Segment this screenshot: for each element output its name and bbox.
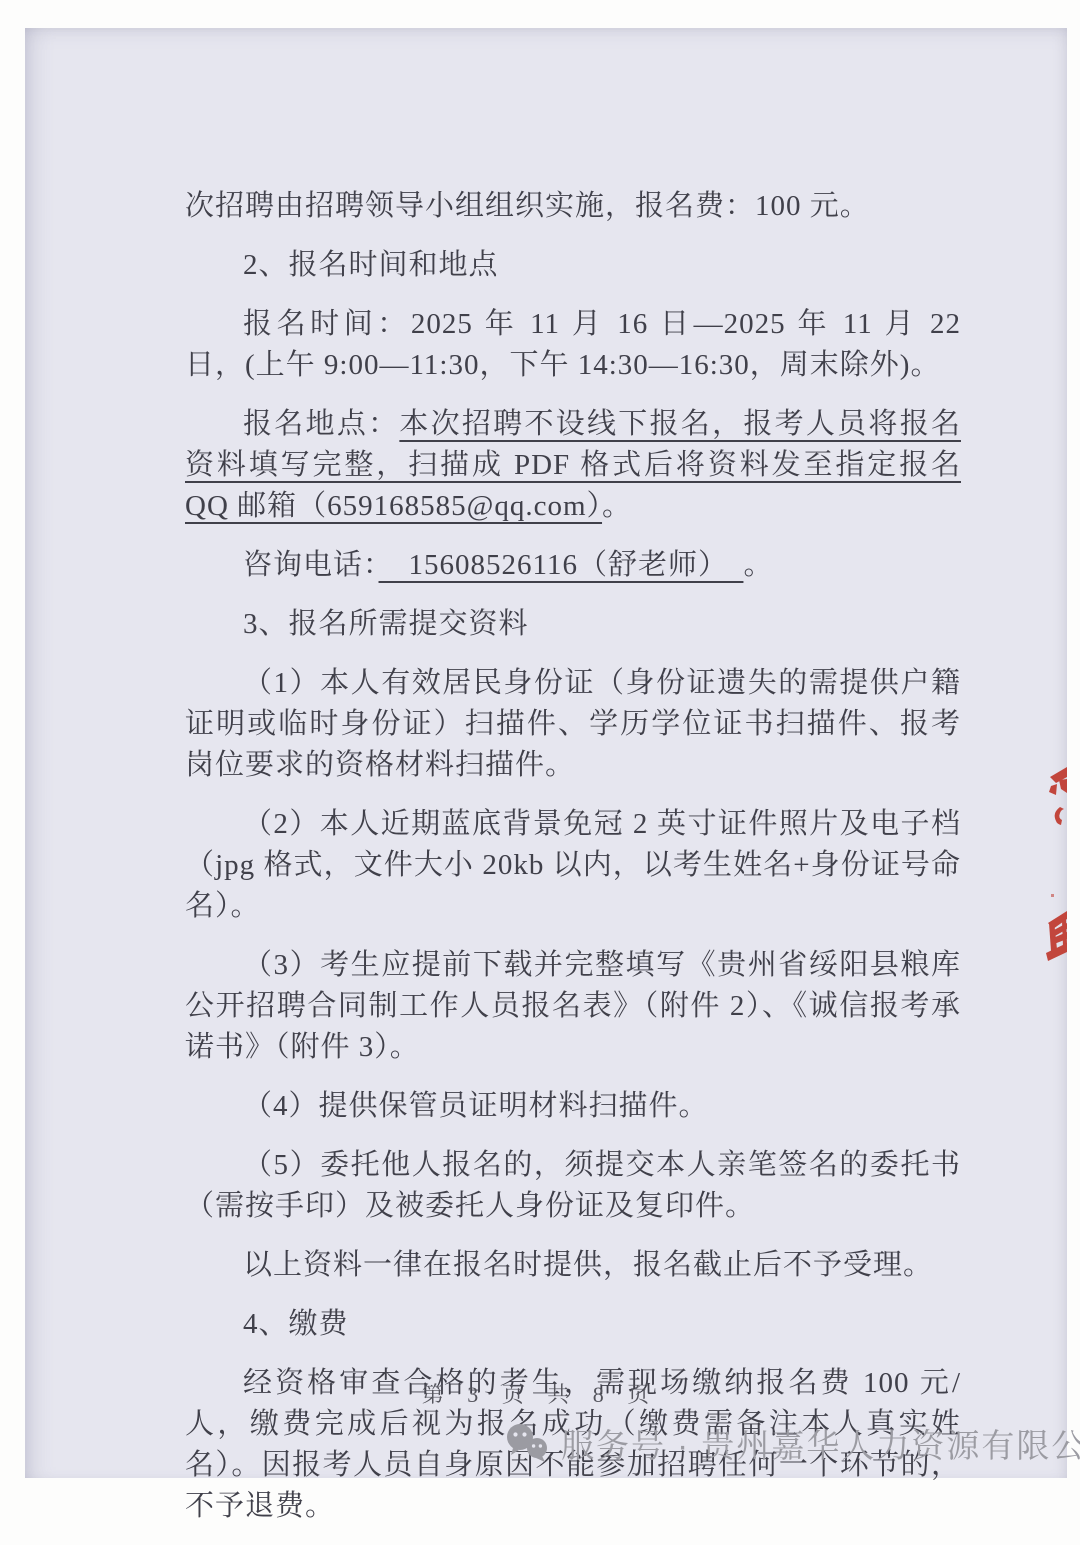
text-segment: （5）委托他人报名的，须提交本人亲笔签名的委托书（需按手印）及被委托人身份证及复… xyxy=(185,1149,961,1222)
doc-paragraph: （1）本人有效居民身份证（身份证遗失的需提供户籍证明或临时身份证）扫描件、学历学… xyxy=(185,663,961,786)
doc-paragraph: （4）提供保管员证明材料扫描件。 xyxy=(185,1086,961,1127)
doc-paragraph: 3、报名所需提交资料 xyxy=(185,604,961,645)
paper-sheet: 次招聘由招聘领导小组组织实施，报名费：100 元。2、报名时间和地点报名时间：2… xyxy=(25,28,1067,1478)
doc-paragraph: （5）委托他人报名的，须提交本人亲笔签名的委托书（需按手印）及被委托人身份证及复… xyxy=(185,1145,961,1227)
doc-paragraph: 次招聘由招聘领导小组组织实施，报名费：100 元。 xyxy=(185,186,961,227)
doc-paragraph: 咨询电话： 15608526116（舒老师） 。 xyxy=(185,545,961,586)
text-segment: 。 xyxy=(602,490,632,522)
underlined-text: 15608526116（舒老师） xyxy=(379,549,744,581)
doc-paragraph: 4、缴费 xyxy=(185,1304,961,1345)
scanned-document: 次招聘由招聘领导小组组织实施，报名费：100 元。2、报名时间和地点报名时间：2… xyxy=(0,0,1080,1486)
wechat-icon xyxy=(505,1423,551,1465)
document-text-block: 次招聘由招聘领导小组组织实施，报名费：100 元。2、报名时间和地点报名时间：2… xyxy=(185,186,961,1486)
text-segment: （3）考生应提前下载并完整填写《贵州省绥阳县粮库公开招聘合同制工作人员报名表》（… xyxy=(185,949,961,1063)
text-segment: 报名时间：2025 年 11 月 16 日—2025 年 11 月 22 日，(… xyxy=(185,308,961,381)
text-segment: 次招聘由招聘领导小组组织实施，报名费：100 元。 xyxy=(185,190,870,222)
page-number: 第 3 页 共 8 页 xyxy=(0,1378,1080,1409)
text-segment: （4）提供保管员证明材料扫描件。 xyxy=(243,1090,709,1122)
text-segment: 3、报名所需提交资料 xyxy=(243,608,529,640)
doc-paragraph: （3）考生应提前下载并完整填写《贵州省绥阳县粮库公开招聘合同制工作人员报名表》（… xyxy=(185,945,961,1068)
doc-paragraph: 报名时间：2025 年 11 月 16 日—2025 年 11 月 22 日，(… xyxy=(185,304,961,386)
text-segment: 。 xyxy=(743,549,773,581)
stamp-fragment-icon xyxy=(1040,755,1067,970)
text-segment: 报名地点： xyxy=(243,408,399,440)
doc-paragraph: 以上资料一律在报名时提供，报名截止后不予受理。 xyxy=(185,1245,961,1286)
text-segment: 咨询电话： xyxy=(243,549,379,581)
doc-paragraph: （2）本人近期蓝底背景免冠 2 英寸证件照片及电子档（jpg 格式，文件大小 2… xyxy=(185,804,961,927)
doc-paragraph: 报名地点：本次招聘不设线下报名，报考人员将报名资料填写完整，扫描成 PDF 格式… xyxy=(185,404,961,527)
text-segment: 2、报名时间和地点 xyxy=(243,249,499,281)
text-segment: （1）本人有效居民身份证（身份证遗失的需提供户籍证明或临时身份证）扫描件、学历学… xyxy=(185,667,961,781)
wechat-footer: 服务号 · 贵州嘉华人力资源有限公司 xyxy=(505,1420,1080,1467)
doc-paragraph: 2、报名时间和地点 xyxy=(185,245,961,286)
red-stamp-fragments xyxy=(1040,755,1067,970)
wechat-footer-label: 服务号 · 贵州嘉华人力资源有限公司 xyxy=(561,1420,1080,1467)
text-segment: 4、缴费 xyxy=(243,1308,349,1340)
text-segment: 以上资料一律在报名时提供，报名截止后不予受理。 xyxy=(243,1249,933,1281)
text-segment: （2）本人近期蓝底背景免冠 2 英寸证件照片及电子档（jpg 格式，文件大小 2… xyxy=(185,808,961,922)
